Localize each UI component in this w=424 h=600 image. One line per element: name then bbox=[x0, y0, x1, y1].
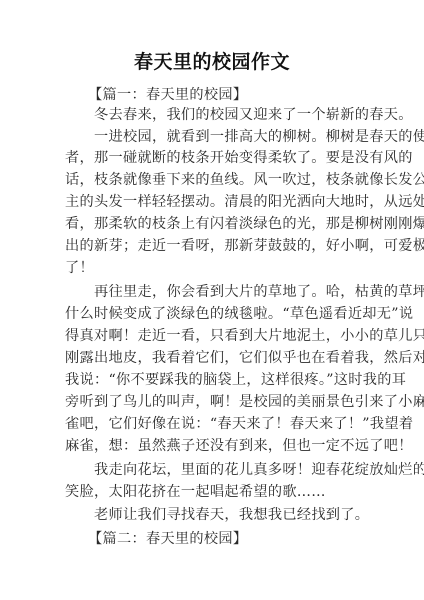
page-title: 春天里的校园作文 bbox=[0, 50, 424, 74]
paragraph-line: 者，那一碰就断的枝条开始变得柔软了。要是没有风的 bbox=[65, 148, 361, 168]
paragraph-line: 再往里走，你会看到大片的草地了。哈，枯黄的草坪 bbox=[94, 282, 390, 302]
paragraph-line: 得真对啊！走近一看，只看到大片地泥土，小小的草儿只 bbox=[65, 326, 361, 346]
paragraph-line: 我说：“你不要踩我的脑袋上，这样很疼。”这时我的耳 bbox=[65, 370, 361, 390]
paragraph-line: 旁听到了鸟儿的叫声，啊！是校园的美丽景色引来了小麻 bbox=[65, 392, 361, 412]
paragraph-line: 一进校园，就看到一排高大的柳树。柳树是春天的使 bbox=[94, 127, 390, 147]
paragraph-line: 雀吧，它们好像在说：“春天来了！春天来了！”我望着 bbox=[65, 414, 361, 434]
paragraph-line: 我走向花坛，里面的花儿真多呀！迎春花绽放灿烂的 bbox=[94, 460, 390, 480]
paragraph-line: 了！ bbox=[65, 258, 361, 278]
paragraph-line: 话，枝条就像垂下来的鱼线。风一吹过，枝条就像长发公 bbox=[65, 170, 361, 190]
paragraph-line: 冬去春来，我们的校园又迎来了一个崭新的春天。 bbox=[94, 105, 390, 125]
section-heading-2: 【篇二：春天里的校园】 bbox=[88, 529, 384, 549]
paragraph-line: 看，那柔软的枝条上有闪着淡绿色的光，那是柳树刚刚爆 bbox=[65, 214, 361, 234]
paragraph-line: 什么时候变成了淡绿色的绒毯啦。“草色遥看近却无”说 bbox=[65, 304, 361, 324]
section-heading-1: 【篇一：春天里的校园】 bbox=[88, 85, 384, 105]
paragraph-line: 麻雀，想：虽然燕子还没有到来，但也一定不远了吧！ bbox=[65, 436, 361, 456]
paragraph-line: 出的新芽；走近一看呀，那新芽鼓鼓的，好小啊，可爱极 bbox=[65, 236, 361, 256]
paragraph-line: 主的头发一样轻轻摆动。清晨的阳光洒向大地时，从远处 bbox=[65, 192, 361, 212]
paragraph-line: 老师让我们寻找春天，我想我已经找到了。 bbox=[94, 505, 390, 525]
paragraph-line: 刚露出地皮，我看着它们，它们似乎也在看着我，然后对 bbox=[65, 348, 361, 368]
paragraph-line: 笑脸，太阳花挤在一起唱起希望的歌…… bbox=[65, 482, 361, 502]
